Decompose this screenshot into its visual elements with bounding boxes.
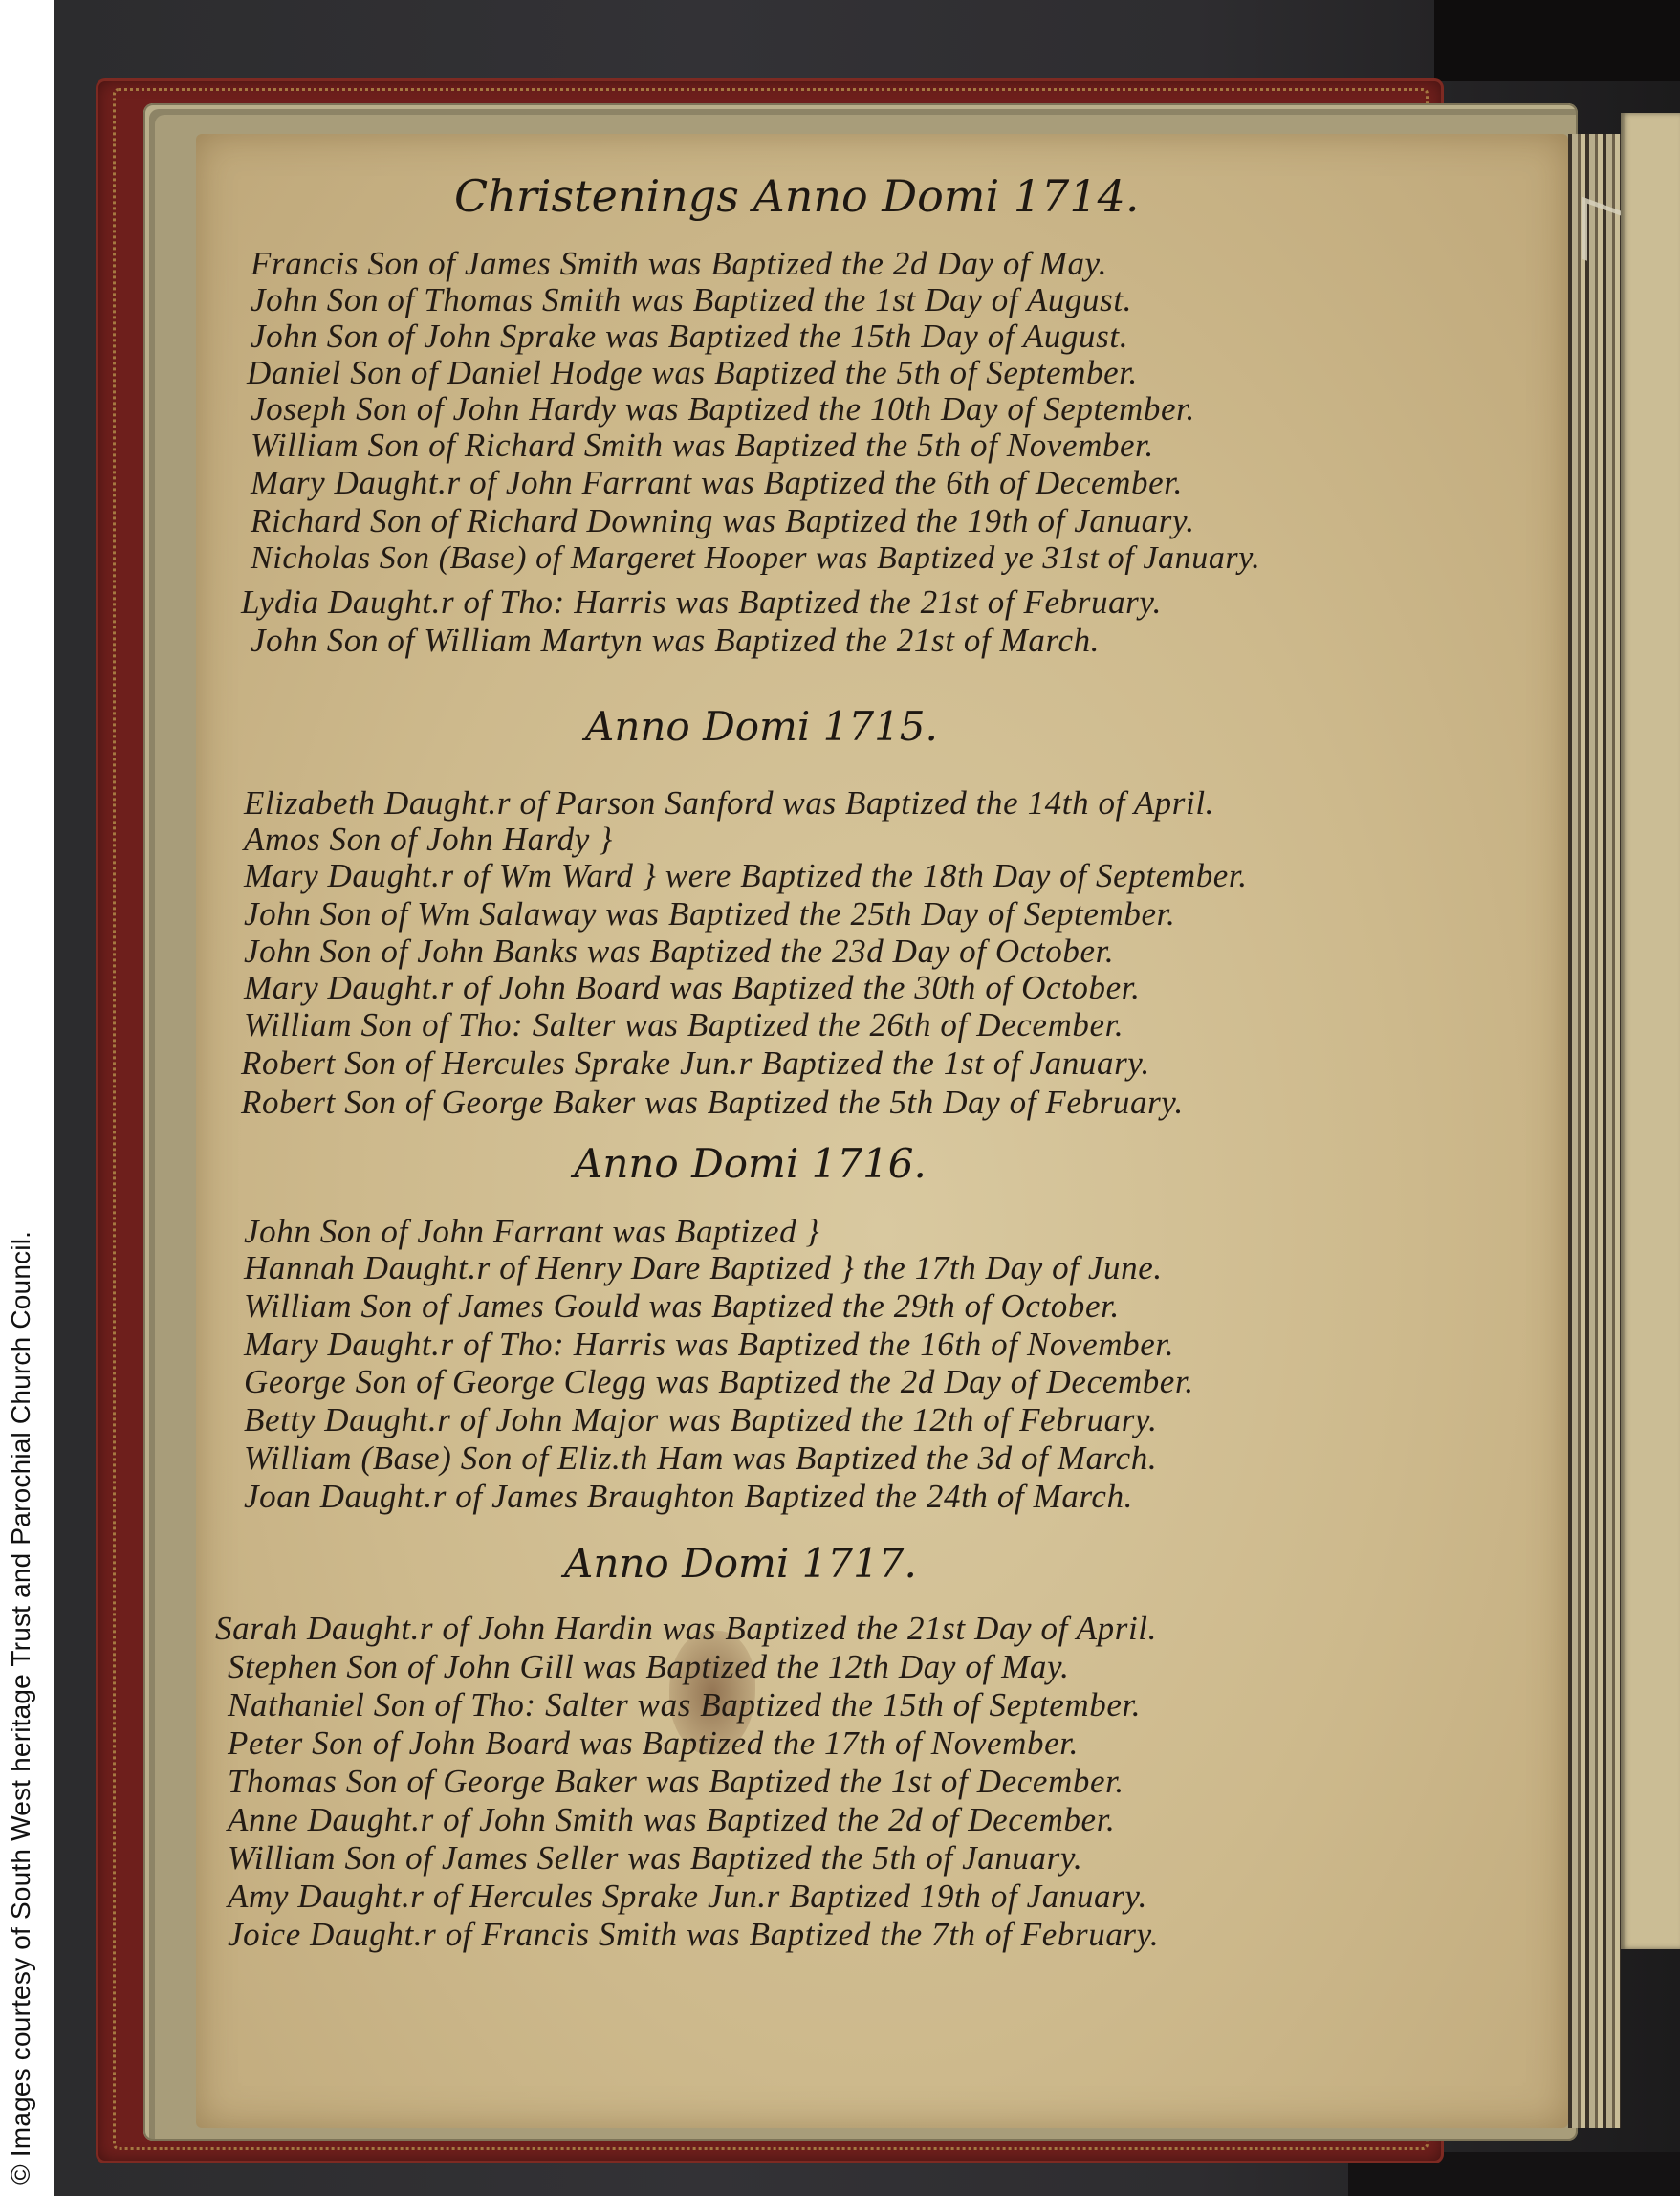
entry-row: Mary Daught.r of Tho: Harris was Baptize…	[244, 1326, 1174, 1364]
entry-row: Joseph Son of John Hardy was Baptized th…	[251, 390, 1195, 428]
entry-row: Sarah Daught.r of John Hardin was Baptiz…	[215, 1610, 1157, 1648]
entry-row: William Son of James Gould was Baptized …	[244, 1287, 1120, 1326]
register-content: Christenings Anno Domi 1714. Francis Son…	[0, 0, 1680, 2196]
entry-row: William Son of Richard Smith was Baptize…	[251, 427, 1154, 465]
entry-row: John Son of Thomas Smith was Baptized th…	[251, 281, 1132, 319]
entry-row: Anne Daught.r of John Smith was Baptized…	[228, 1801, 1115, 1839]
entry-row: Elizabeth Daught.r of Parson Sanford was…	[244, 784, 1214, 823]
entry-row: Nicholas Son (Base) of Margeret Hooper w…	[251, 540, 1260, 577]
year-heading-1715: Anno Domi 1715.	[585, 703, 938, 750]
entry-row: William Son of James Seller was Baptized…	[228, 1839, 1082, 1878]
entry-row: John Son of Wm Salaway was Baptized the …	[244, 895, 1175, 933]
entry-row: Richard Son of Richard Downing was Bapti…	[251, 502, 1195, 540]
entry-row: Mary Daught.r of John Farrant was Baptiz…	[251, 464, 1183, 502]
entry-row: William Son of Tho: Salter was Baptized …	[244, 1006, 1124, 1044]
entry-row: William (Base) Son of Eliz.th Ham was Ba…	[244, 1439, 1157, 1478]
entry-row: Stephen Son of John Gill was Baptized th…	[228, 1648, 1070, 1686]
entry-row: Betty Daught.r of John Major was Baptize…	[244, 1401, 1158, 1439]
entry-row: Daniel Son of Daniel Hodge was Baptized …	[247, 354, 1138, 392]
entry-row: John Son of John Farrant was Baptized }	[244, 1213, 819, 1251]
entry-row: John Son of John Banks was Baptized the …	[244, 933, 1114, 971]
year-heading-1717: Anno Domi 1717.	[564, 1540, 917, 1587]
entry-row: Amos Son of John Hardy }	[244, 821, 613, 859]
entry-row: Peter Son of John Board was Baptized the…	[228, 1724, 1079, 1763]
entry-row: Joice Daught.r of Francis Smith was Bapt…	[228, 1916, 1159, 1954]
entry-row: John Son of John Sprake was Baptized the…	[251, 318, 1128, 356]
entry-row: Amy Daught.r of Hercules Sprake Jun.r Ba…	[228, 1878, 1147, 1916]
entry-row: Mary Daught.r of Wm Ward } were Baptized…	[244, 857, 1248, 895]
entry-row: Mary Daught.r of John Board was Baptized…	[244, 969, 1140, 1007]
entry-row: Nathaniel Son of Tho: Salter was Baptize…	[228, 1686, 1141, 1724]
entry-row: George Son of George Clegg was Baptized …	[244, 1363, 1194, 1401]
year-heading-1716: Anno Domi 1716.	[574, 1140, 927, 1187]
entry-row: Thomas Son of George Baker was Baptized …	[228, 1763, 1124, 1801]
entry-row: Robert Son of George Baker was Baptized …	[241, 1084, 1184, 1122]
entry-row: Joan Daught.r of James Braughton Baptize…	[244, 1478, 1133, 1516]
entry-row: Lydia Daught.r of Tho: Harris was Baptiz…	[241, 583, 1162, 622]
entry-row: Robert Son of Hercules Sprake Jun.r Bapt…	[241, 1044, 1150, 1083]
entry-row: Hannah Daught.r of Henry Dare Baptized }…	[244, 1249, 1163, 1287]
entry-row: John Son of William Martyn was Baptized …	[251, 622, 1100, 660]
page-title: Christenings Anno Domi 1714.	[454, 170, 1139, 222]
entry-row: Francis Son of James Smith was Baptized …	[251, 245, 1107, 283]
